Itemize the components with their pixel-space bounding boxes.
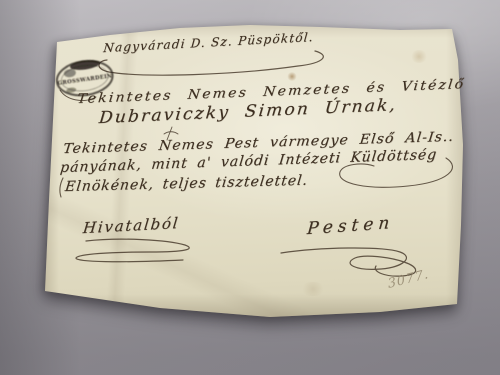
photo-stage: GROSSWARDEIN Nagyváradi D. Sz. Püspöktől…: [0, 0, 500, 375]
